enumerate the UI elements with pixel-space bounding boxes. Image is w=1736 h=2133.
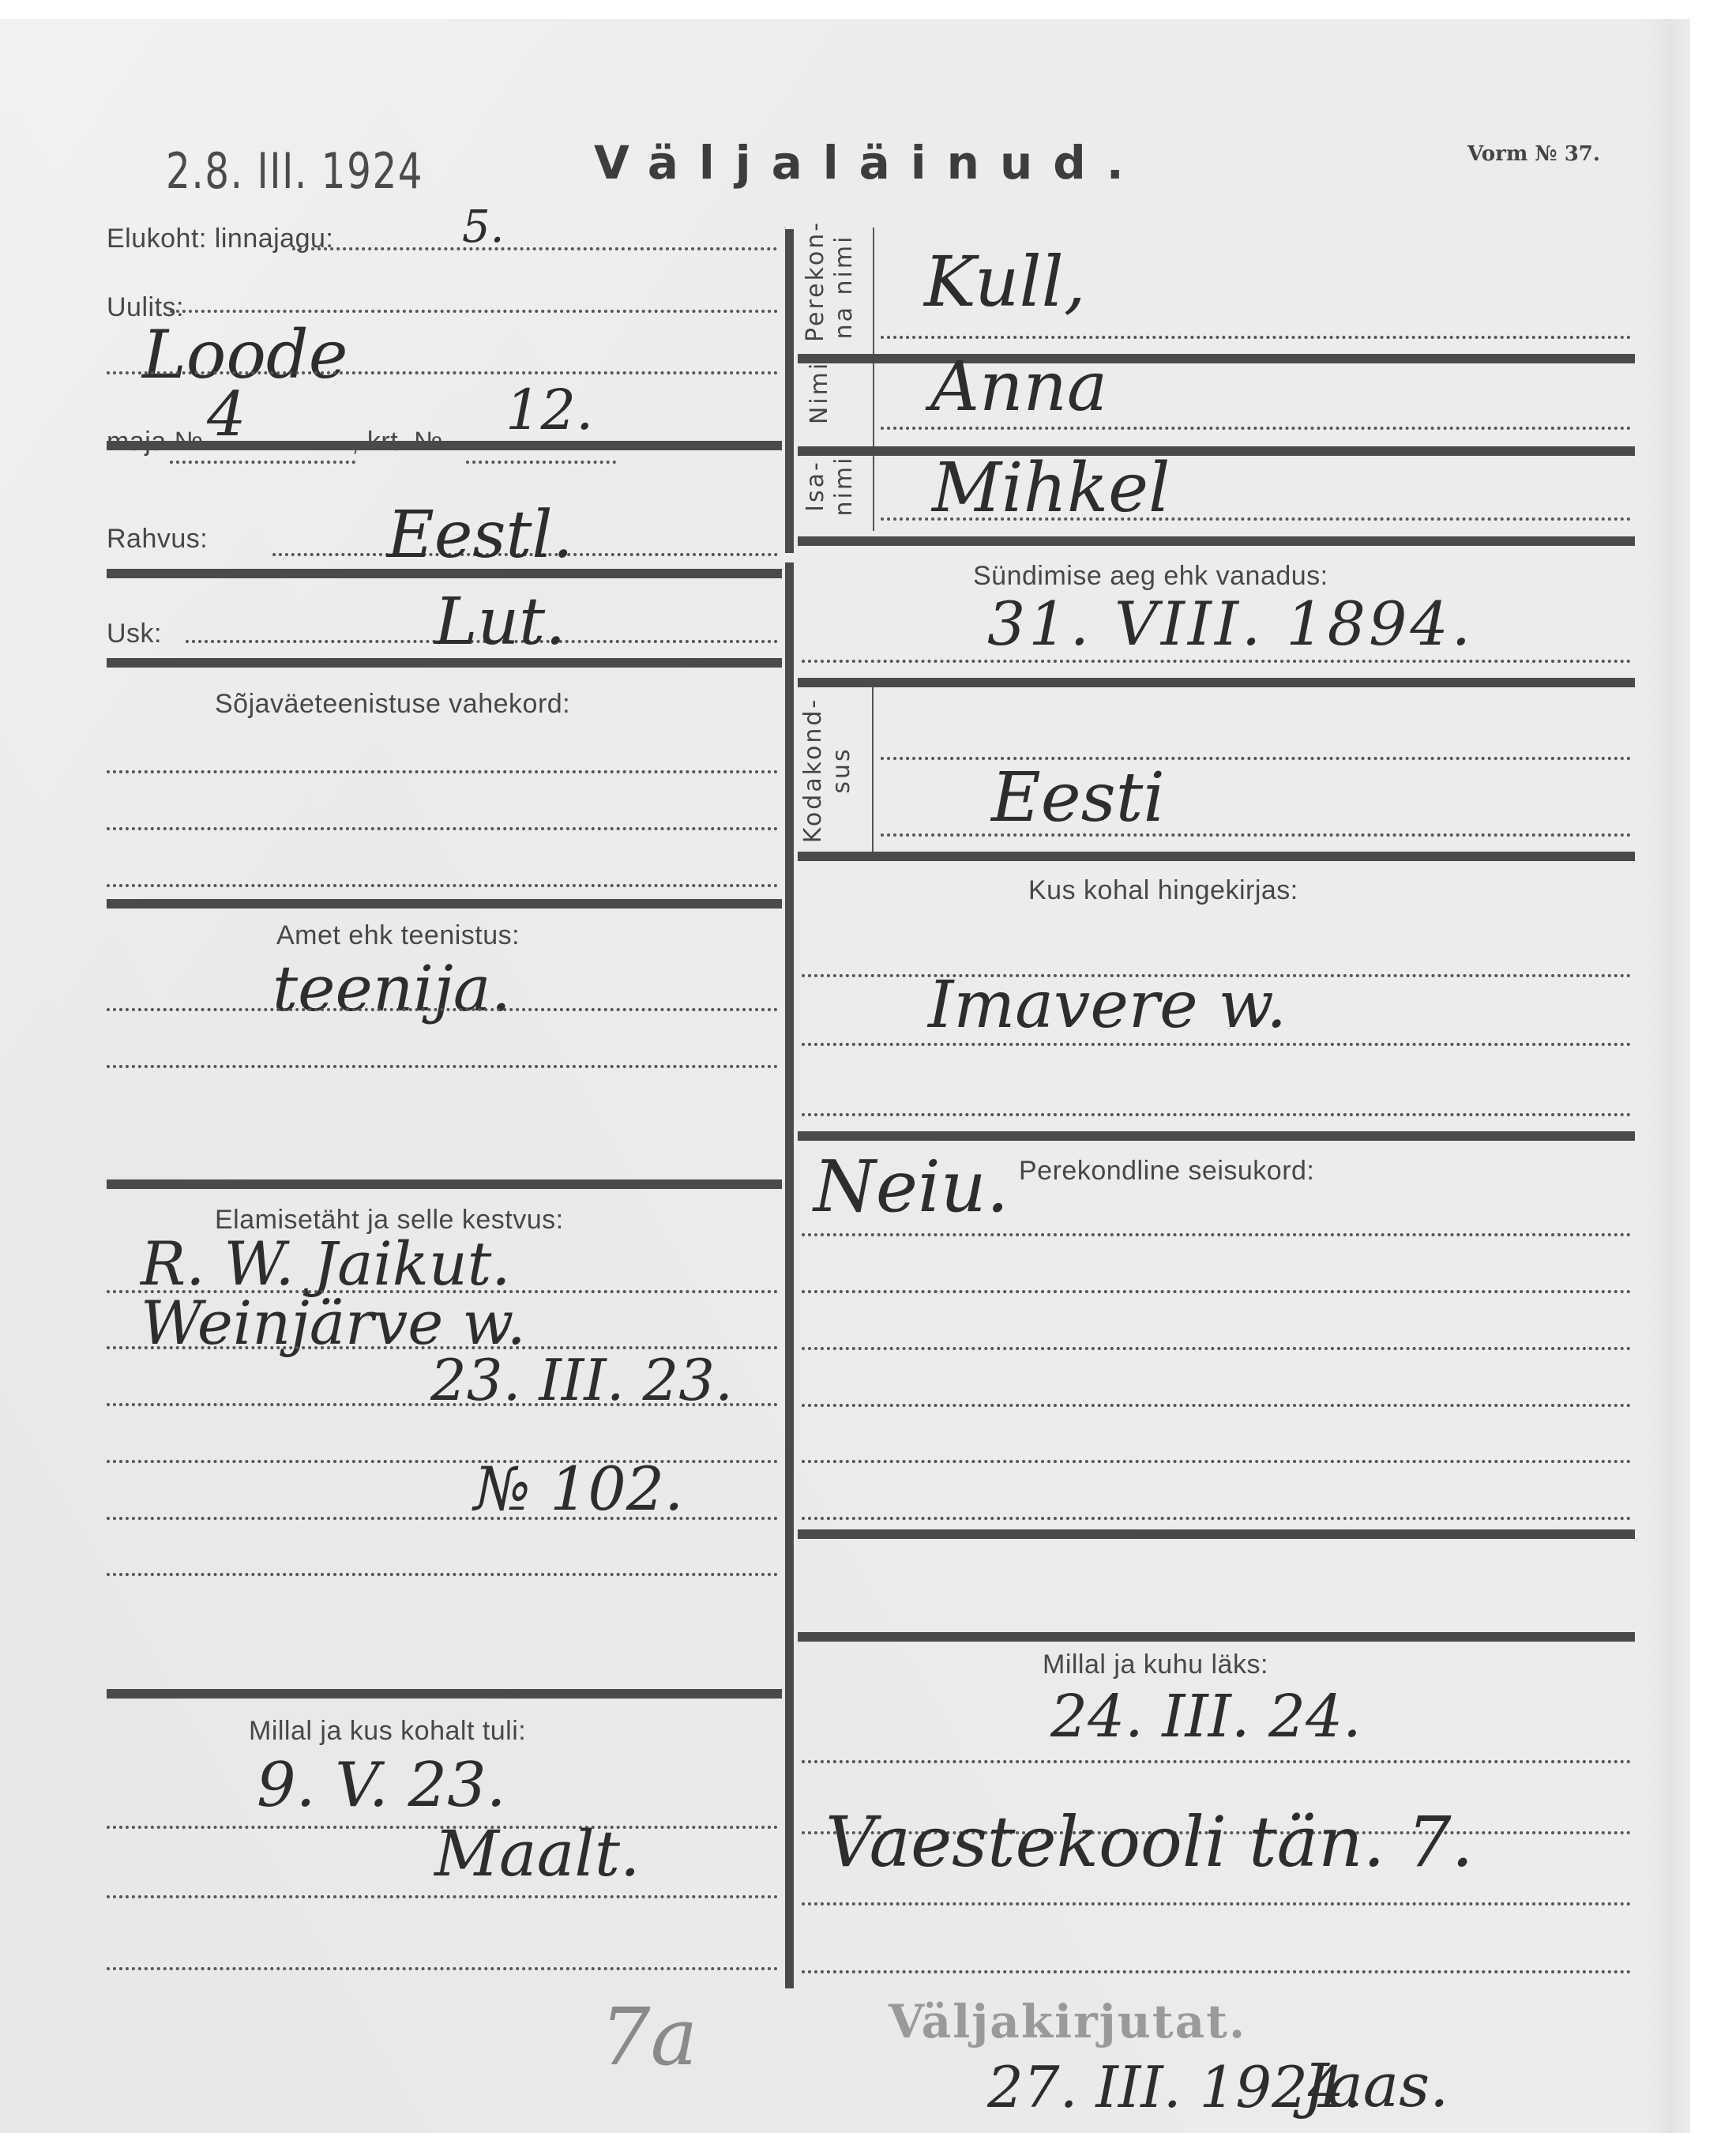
elamiseluba-line-4[interactable]: № 102. bbox=[474, 1454, 683, 1524]
perekondlik-value[interactable]: Neiu. bbox=[814, 1145, 1009, 1228]
perekondlik-line-3 bbox=[802, 1347, 1631, 1350]
krt-value[interactable]: 12. bbox=[505, 378, 593, 442]
signature: Jaas. bbox=[1303, 2050, 1449, 2120]
center-divider-lower bbox=[785, 562, 794, 1988]
left-divider-5 bbox=[107, 1179, 782, 1189]
elamiseluba-dots-5 bbox=[107, 1517, 778, 1520]
rahvus-label: Rahvus: bbox=[107, 524, 208, 555]
tuli-line-1[interactable]: 9. V. 23. bbox=[257, 1750, 506, 1821]
right-divider-4 bbox=[798, 678, 1635, 687]
sundimine-value[interactable]: 31. VIII. 1894. bbox=[987, 589, 1474, 659]
sojavae-line-1 bbox=[107, 770, 778, 773]
sundimine-line bbox=[802, 660, 1631, 663]
perekondlik-line-6 bbox=[802, 1517, 1631, 1520]
amet-line-1 bbox=[107, 1008, 778, 1011]
center-divider bbox=[785, 229, 794, 553]
name-label-divider bbox=[873, 228, 874, 531]
laks-dots-4 bbox=[802, 1970, 1631, 1973]
amet-value[interactable]: teenija. bbox=[272, 952, 511, 1025]
tuli-dots-2 bbox=[107, 1895, 778, 1898]
stamp-date: 2.8. III. 1924 bbox=[166, 142, 423, 200]
right-divider-7 bbox=[798, 1529, 1635, 1539]
usk-label: Usk: bbox=[107, 619, 162, 649]
usk-value[interactable]: Lut. bbox=[434, 585, 566, 660]
elukoht-value[interactable]: 5. bbox=[462, 201, 504, 253]
sojavae-label: Sõjaväeteenistuse vahekord: bbox=[215, 689, 570, 720]
nimi-value[interactable]: Anna bbox=[930, 348, 1107, 427]
krt-line bbox=[466, 461, 616, 464]
maja-line bbox=[170, 461, 355, 464]
hingekiri-line-3 bbox=[802, 1113, 1631, 1116]
isanimi-value[interactable]: Mihkel bbox=[932, 449, 1170, 528]
sojavae-line-3 bbox=[107, 884, 778, 887]
perekondlik-line-2 bbox=[802, 1290, 1631, 1293]
elamiseluba-dots-3 bbox=[107, 1403, 778, 1406]
kodakondsus-label-divider bbox=[872, 687, 874, 852]
laks-line-1[interactable]: 24. III. 24. bbox=[1050, 1683, 1362, 1751]
laks-dots-3 bbox=[802, 1902, 1631, 1905]
faded-stamp: Väljakirjutat. bbox=[889, 1995, 1246, 2048]
amet-line-2 bbox=[107, 1065, 778, 1068]
tuli-dots-3 bbox=[107, 1967, 778, 1970]
document-title: Väljaläinud. bbox=[594, 136, 1144, 190]
right-divider-8 bbox=[798, 1632, 1635, 1642]
laks-dots-1 bbox=[802, 1760, 1631, 1763]
right-divider-6 bbox=[798, 1131, 1635, 1141]
sojavae-line-2 bbox=[107, 827, 778, 830]
right-divider-3 bbox=[798, 536, 1635, 546]
perekonnanimi-value[interactable]: Kull, bbox=[924, 241, 1086, 322]
hingekiri-value[interactable]: Imavere w. bbox=[928, 968, 1287, 1043]
right-divider-2 bbox=[798, 446, 1635, 456]
kodakondsus-label: Kodakond- sus bbox=[799, 695, 856, 845]
form-number: Vorm № 37. bbox=[1467, 142, 1600, 166]
nimi-line bbox=[881, 427, 1631, 430]
right-divider-5 bbox=[798, 852, 1635, 861]
left-divider-3 bbox=[107, 658, 782, 668]
kodakondsus-line-2 bbox=[881, 833, 1631, 837]
perekondlik-line-4 bbox=[802, 1404, 1631, 1407]
tuli-line-2[interactable]: Maalt. bbox=[434, 1817, 640, 1890]
elukoht-line bbox=[292, 247, 777, 250]
perekonnanimi-line bbox=[881, 336, 1631, 339]
laks-line-2[interactable]: Vaestekooli tän. 7. bbox=[825, 1801, 1474, 1883]
perekondlik-line-1 bbox=[802, 1233, 1631, 1236]
sundimine-label: Sündimise aeg ehk vanadus: bbox=[973, 561, 1328, 592]
maja-value[interactable]: 4 bbox=[207, 379, 246, 450]
isanimi-label: Isa- nimi bbox=[802, 446, 859, 525]
left-divider-1 bbox=[107, 441, 782, 450]
uulits-line bbox=[170, 310, 778, 313]
nimi-label: Nimi bbox=[806, 353, 834, 432]
hingekiri-label: Kus kohal hingekirjas: bbox=[1028, 875, 1298, 906]
uulits-line-2 bbox=[107, 371, 778, 374]
left-divider-2 bbox=[107, 569, 782, 578]
amet-label: Amet ehk teenistus: bbox=[276, 920, 520, 951]
isanimi-line bbox=[881, 517, 1631, 521]
tuli-label: Millal ja kus kohalt tuli: bbox=[249, 1716, 526, 1747]
perekondlik-label: Perekondline seisukord: bbox=[1019, 1156, 1314, 1187]
perekonnanimi-label: Perekon- na nimi bbox=[802, 231, 859, 342]
torn-edge bbox=[1643, 19, 1690, 2133]
elamiseluba-dots-6 bbox=[107, 1573, 778, 1576]
right-divider-1 bbox=[798, 354, 1635, 363]
kodakondsus-value[interactable]: Eesti bbox=[991, 758, 1165, 837]
pencil-mark: 7a bbox=[600, 1991, 697, 2083]
rahvus-value[interactable]: Eestl. bbox=[387, 498, 573, 573]
perekondlik-line-5 bbox=[802, 1460, 1631, 1463]
hingekiri-line-2 bbox=[802, 1043, 1631, 1046]
left-divider-4 bbox=[107, 899, 782, 908]
left-divider-6 bbox=[107, 1689, 782, 1698]
laks-label: Millal ja kuhu läks: bbox=[1043, 1650, 1268, 1680]
